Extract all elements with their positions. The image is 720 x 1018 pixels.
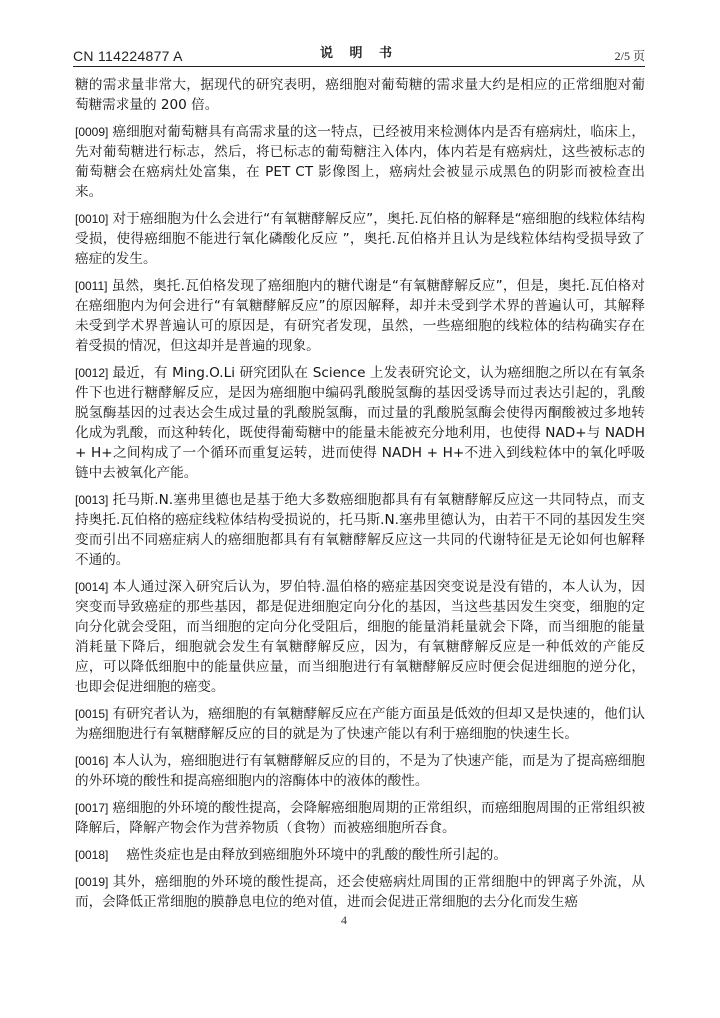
paragraph-0018: [0018]癌性炎症也是由释放到癌细胞外环境中的乳酸的酸性所引起的。	[75, 845, 645, 865]
paragraph-0017: [0017]癌细胞的外环境的酸性提高，会降解癌细胞周期的正常组织，而癌细胞周围的…	[75, 798, 645, 838]
paragraph-number: [0013]	[75, 493, 108, 507]
section-title: 说 明 书	[73, 42, 645, 61]
paragraph-text: 癌性炎症也是由释放到癌细胞外环境中的乳酸的酸性所引起的。	[126, 847, 507, 863]
paragraph-number: [0014]	[75, 580, 108, 594]
paragraph-0009: [0009]癌细胞对葡萄糖具有高需求量的这一特点，已经被用来检测体内是否有癌病灶…	[75, 122, 645, 202]
paragraph-text: 糖的需求量非常大，据现代的研究表明，癌细胞对葡萄糖的需求量大约是相应的正常细胞对…	[75, 77, 645, 113]
paragraph-0010: [0010]对于癌细胞为什么会进行“有氧糖酵解反应”，奥托.瓦伯格的解释是“癌细…	[75, 209, 645, 269]
paragraph-0011: [0011]虽然，奥托.瓦伯格发现了癌细胞内的糖代谢是“有氧糖酵解反应”，但是，…	[75, 276, 645, 356]
paragraph-text: 托马斯.N.塞弗里德也是基于绝大多数癌细胞都具有有氧糖酵解反应这一共同特点，而支…	[75, 492, 645, 568]
paragraph-0013: [0013]托马斯.N.塞弗里德也是基于绝大多数癌细胞都具有有氧糖酵解反应这一共…	[75, 490, 645, 570]
paragraph-number: [0017]	[75, 801, 108, 815]
document-body: 糖的需求量非常大，据现代的研究表明，癌细胞对葡萄糖的需求量大约是相应的正常细胞对…	[75, 75, 645, 919]
paragraph-0014: [0014]本人通过深入研究后认为，罗伯特.温伯格的癌症基因突变说是没有错的，本…	[75, 577, 645, 697]
page-header: CN 114224877 A 说 明 书 2/5 页	[73, 44, 645, 67]
paragraph-0015: [0015]有研究者认为，癌细胞的有氧糖酵解反应在产能方面虽是低效的但却又是快速…	[75, 704, 645, 744]
paragraph-0016: [0016]本人认为，癌细胞进行有氧糖酵解反应的目的，不是为了快速产能，而是为了…	[75, 751, 645, 791]
paragraph-number: [0010]	[75, 212, 108, 226]
paragraph-text: 本人通过深入研究后认为，罗伯特.温伯格的癌症基因突变说是没有错的，本人认为，因突…	[75, 579, 645, 695]
paragraph-number: [0018]	[75, 848, 108, 862]
paragraph-text: 癌细胞对葡萄糖具有高需求量的这一特点，已经被用来检测体内是否有癌病灶，临床上，先…	[75, 124, 645, 200]
paragraph-number: [0019]	[75, 875, 108, 889]
paragraph-text: 有研究者认为，癌细胞的有氧糖酵解反应在产能方面虽是低效的但却又是快速的，他们认为…	[75, 706, 645, 742]
paragraph-number: [0016]	[75, 754, 108, 768]
paragraph-number: [0009]	[75, 125, 108, 139]
paragraph-text: 癌细胞的外环境的酸性提高，会降解癌细胞周期的正常组织，而癌细胞周围的正常组织被降…	[75, 800, 645, 836]
paragraph-text: 对于癌细胞为什么会进行“有氧糖酵解反应”，奥托.瓦伯格的解释是“癌细胞的线粒体结…	[75, 211, 645, 267]
paragraph-number: [0011]	[75, 279, 107, 293]
paragraph-text: 本人认为，癌细胞进行有氧糖酵解反应的目的，不是为了快速产能，而是为了提高癌细胞的…	[75, 753, 645, 789]
paragraph-text: 虽然，奥托.瓦伯格发现了癌细胞内的糖代谢是“有氧糖酵解反应”，但是，奥托.瓦伯格…	[75, 278, 645, 354]
page-indicator: 2/5 页	[615, 47, 645, 64]
paragraph-text: 其外，癌细胞的外环境的酸性提高，还会使癌病灶周围的正常细胞中的钾离子外流，从而，…	[75, 874, 645, 910]
paragraph-number: [0012]	[75, 366, 108, 380]
paragraph-text: 最近，有 Ming.O.Li 研究团队在 Science 上发表研究论文，认为癌…	[75, 365, 645, 481]
page-number: 4	[337, 913, 351, 928]
paragraph-continued: 糖的需求量非常大，据现代的研究表明，癌细胞对葡萄糖的需求量大约是相应的正常细胞对…	[75, 75, 645, 115]
paragraph-0012: [0012]最近，有 Ming.O.Li 研究团队在 Science 上发表研究…	[75, 363, 645, 483]
paragraph-0019: [0019]其外，癌细胞的外环境的酸性提高，还会使癌病灶周围的正常细胞中的钾离子…	[75, 872, 645, 912]
paragraph-number: [0015]	[75, 707, 108, 721]
